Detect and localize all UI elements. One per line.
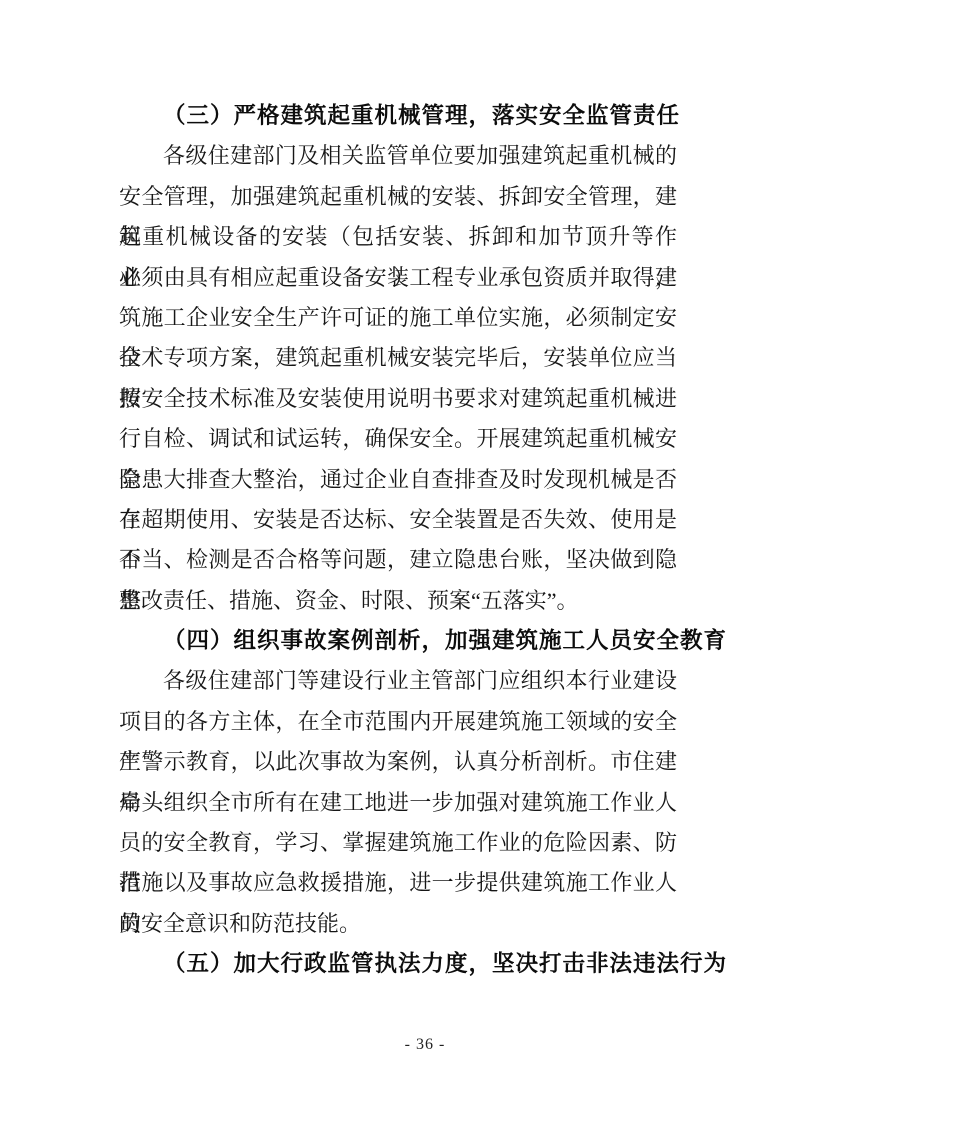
text-line: 各级住建部门及相关监管单位要加强建筑起重机械的 bbox=[119, 136, 677, 176]
text-line: 安全管理，加强建筑起重机械的安装、拆卸安全管理，建筑 bbox=[119, 177, 677, 217]
text-line: 牵头组织全市所有在建工地进一步加强对建筑施工作业人 bbox=[119, 783, 677, 823]
text-line: 产警示教育，以此次事故为案例，认真分析剖析。市住建局 bbox=[119, 742, 677, 782]
text-line: 必须由具有相应起重设备安装工程专业承包资质并取得建 bbox=[119, 258, 677, 298]
page-number: - 36 - bbox=[0, 1036, 850, 1054]
section-heading: （五）加大行政监管执法力度，坚决打击非法违法行为 bbox=[119, 944, 677, 984]
text-line: 各级住建部门等建设行业主管部门应组织本行业建设 bbox=[119, 661, 677, 701]
text-line: 不当、检测是否合格等问题，建立隐患台账，坚决做到隐患 bbox=[119, 540, 677, 580]
text-line: 筑施工企业安全生产许可证的施工单位实施，必须制定安全 bbox=[119, 298, 677, 338]
section-heading: （三）严格建筑起重机械管理，落实安全监管责任 bbox=[119, 96, 677, 136]
text-block: （三）严格建筑起重机械管理，落实安全监管责任 各级住建部门及相关监管单位要加强建… bbox=[119, 96, 677, 985]
text-line: 照安全技术标准及安装使用说明书要求对建筑起重机械进 bbox=[119, 379, 677, 419]
text-line: 整改责任、措施、资金、时限、预案“五落实”。 bbox=[119, 581, 677, 621]
section-heading: （四）组织事故案例剖析，加强建筑施工人员安全教育 bbox=[119, 621, 677, 661]
text-line: 员的安全教育，学习、掌握建筑施工作业的危险因素、防范 bbox=[119, 823, 677, 863]
text-line: 措施以及事故应急救援措施，进一步提供建筑施工作业人员 bbox=[119, 863, 677, 903]
text-line: 起重机械设备的安装（包括安装、拆卸和加节顶升等作业）， bbox=[119, 217, 677, 257]
text-line: 行自检、调试和试运转，确保安全。开展建筑起重机械安全 bbox=[119, 419, 677, 459]
document-page: （三）严格建筑起重机械管理，落实安全监管责任 各级住建部门及相关监管单位要加强建… bbox=[0, 0, 960, 1122]
text-line: 隐患大排查大整治，通过企业自查排查及时发现机械是否存 bbox=[119, 460, 677, 500]
text-line: 技术专项方案，建筑起重机械安装完毕后，安装单位应当按 bbox=[119, 338, 677, 378]
text-line: 的安全意识和防范技能。 bbox=[119, 904, 677, 944]
text-line: 项目的各方主体，在全市范围内开展建筑施工领域的安全生 bbox=[119, 702, 677, 742]
text-line: 在超期使用、安装是否达标、安全装置是否失效、使用是否 bbox=[119, 500, 677, 540]
